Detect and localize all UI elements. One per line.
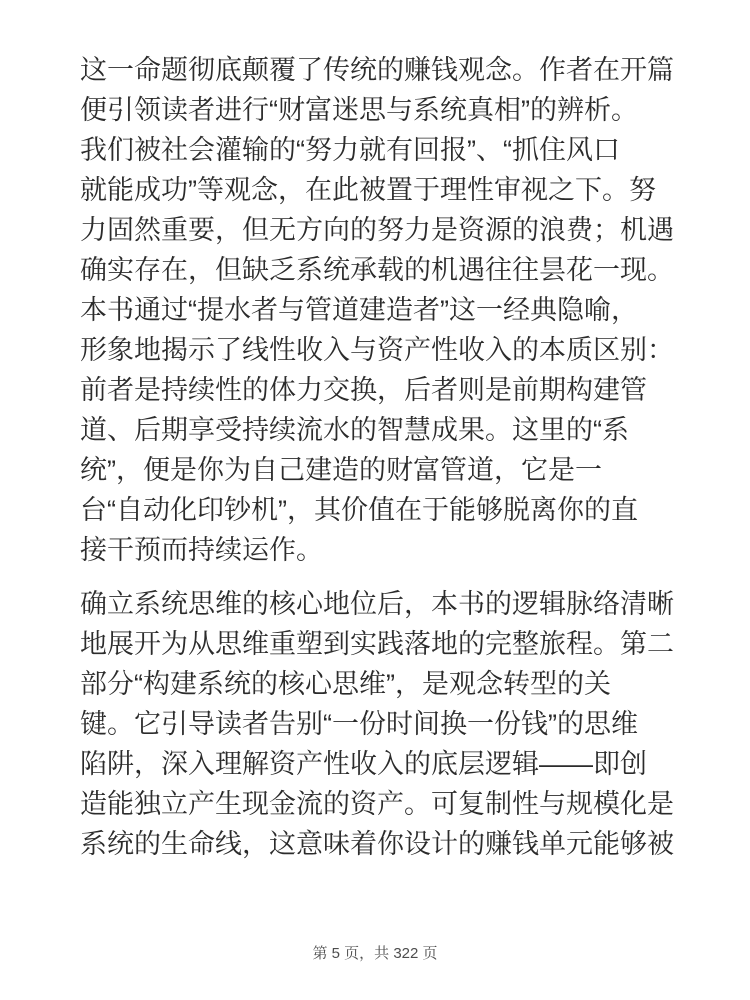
text-line: 接干预而持续运作。 bbox=[80, 530, 680, 570]
paragraph: 这一命题彻底颠覆了传统的赚钱观念。作者在开篇便引领读者进行“财富迷思与系统真相”… bbox=[80, 50, 680, 570]
text-line: 造能独立产生现金流的资产。可复制性与规模化是 bbox=[80, 784, 680, 824]
text-line: 我们被社会灌输的“努力就有回报”、“抓住风口 bbox=[80, 130, 680, 170]
page-number-indicator: 第 5 页，共 322 页 bbox=[0, 944, 750, 964]
text-line: 系统的生命线，这意味着你设计的赚钱单元能够被 bbox=[80, 824, 680, 864]
paragraph: 确立系统思维的核心地位后，本书的逻辑脉络清晰地展开为从思维重塑到实践落地的完整旅… bbox=[80, 584, 680, 864]
text-line: 形象地揭示了线性收入与资产性收入的本质区别： bbox=[80, 330, 680, 370]
text-line: 前者是持续性的体力交换，后者则是前期构建管 bbox=[80, 370, 680, 410]
text-line: 台“自动化印钞机”，其价值在于能够脱离你的直 bbox=[80, 490, 680, 530]
page-text-content: 这一命题彻底颠覆了传统的赚钱观念。作者在开篇便引领读者进行“财富迷思与系统真相”… bbox=[80, 50, 680, 878]
text-line: 键。它引导读者告别“一份时间换一份钱”的思维 bbox=[80, 704, 680, 744]
text-line: 统”，便是你为自己建造的财富管道，它是一 bbox=[80, 450, 680, 490]
text-line: 这一命题彻底颠覆了传统的赚钱观念。作者在开篇 bbox=[80, 50, 680, 90]
text-line: 地展开为从思维重塑到实践落地的完整旅程。第二 bbox=[80, 624, 680, 664]
document-page: 这一命题彻底颠覆了传统的赚钱观念。作者在开篇便引领读者进行“财富迷思与系统真相”… bbox=[0, 0, 750, 1000]
text-line: 确立系统思维的核心地位后，本书的逻辑脉络清晰 bbox=[80, 584, 680, 624]
text-line: 确实存在，但缺乏系统承载的机遇往往昙花一现。 bbox=[80, 250, 680, 290]
text-line: 陷阱，深入理解资产性收入的底层逻辑——即创 bbox=[80, 744, 680, 784]
text-line: 道、后期享受持续流水的智慧成果。这里的“系 bbox=[80, 410, 680, 450]
text-line: 就能成功”等观念，在此被置于理性审视之下。努 bbox=[80, 170, 680, 210]
text-line: 便引领读者进行“财富迷思与系统真相”的辨析。 bbox=[80, 90, 680, 130]
text-line: 力固然重要，但无方向的努力是资源的浪费；机遇 bbox=[80, 210, 680, 250]
text-line: 部分“构建系统的核心思维”，是观念转型的关 bbox=[80, 664, 680, 704]
text-line: 本书通过“提水者与管道建造者”这一经典隐喻， bbox=[80, 290, 680, 330]
